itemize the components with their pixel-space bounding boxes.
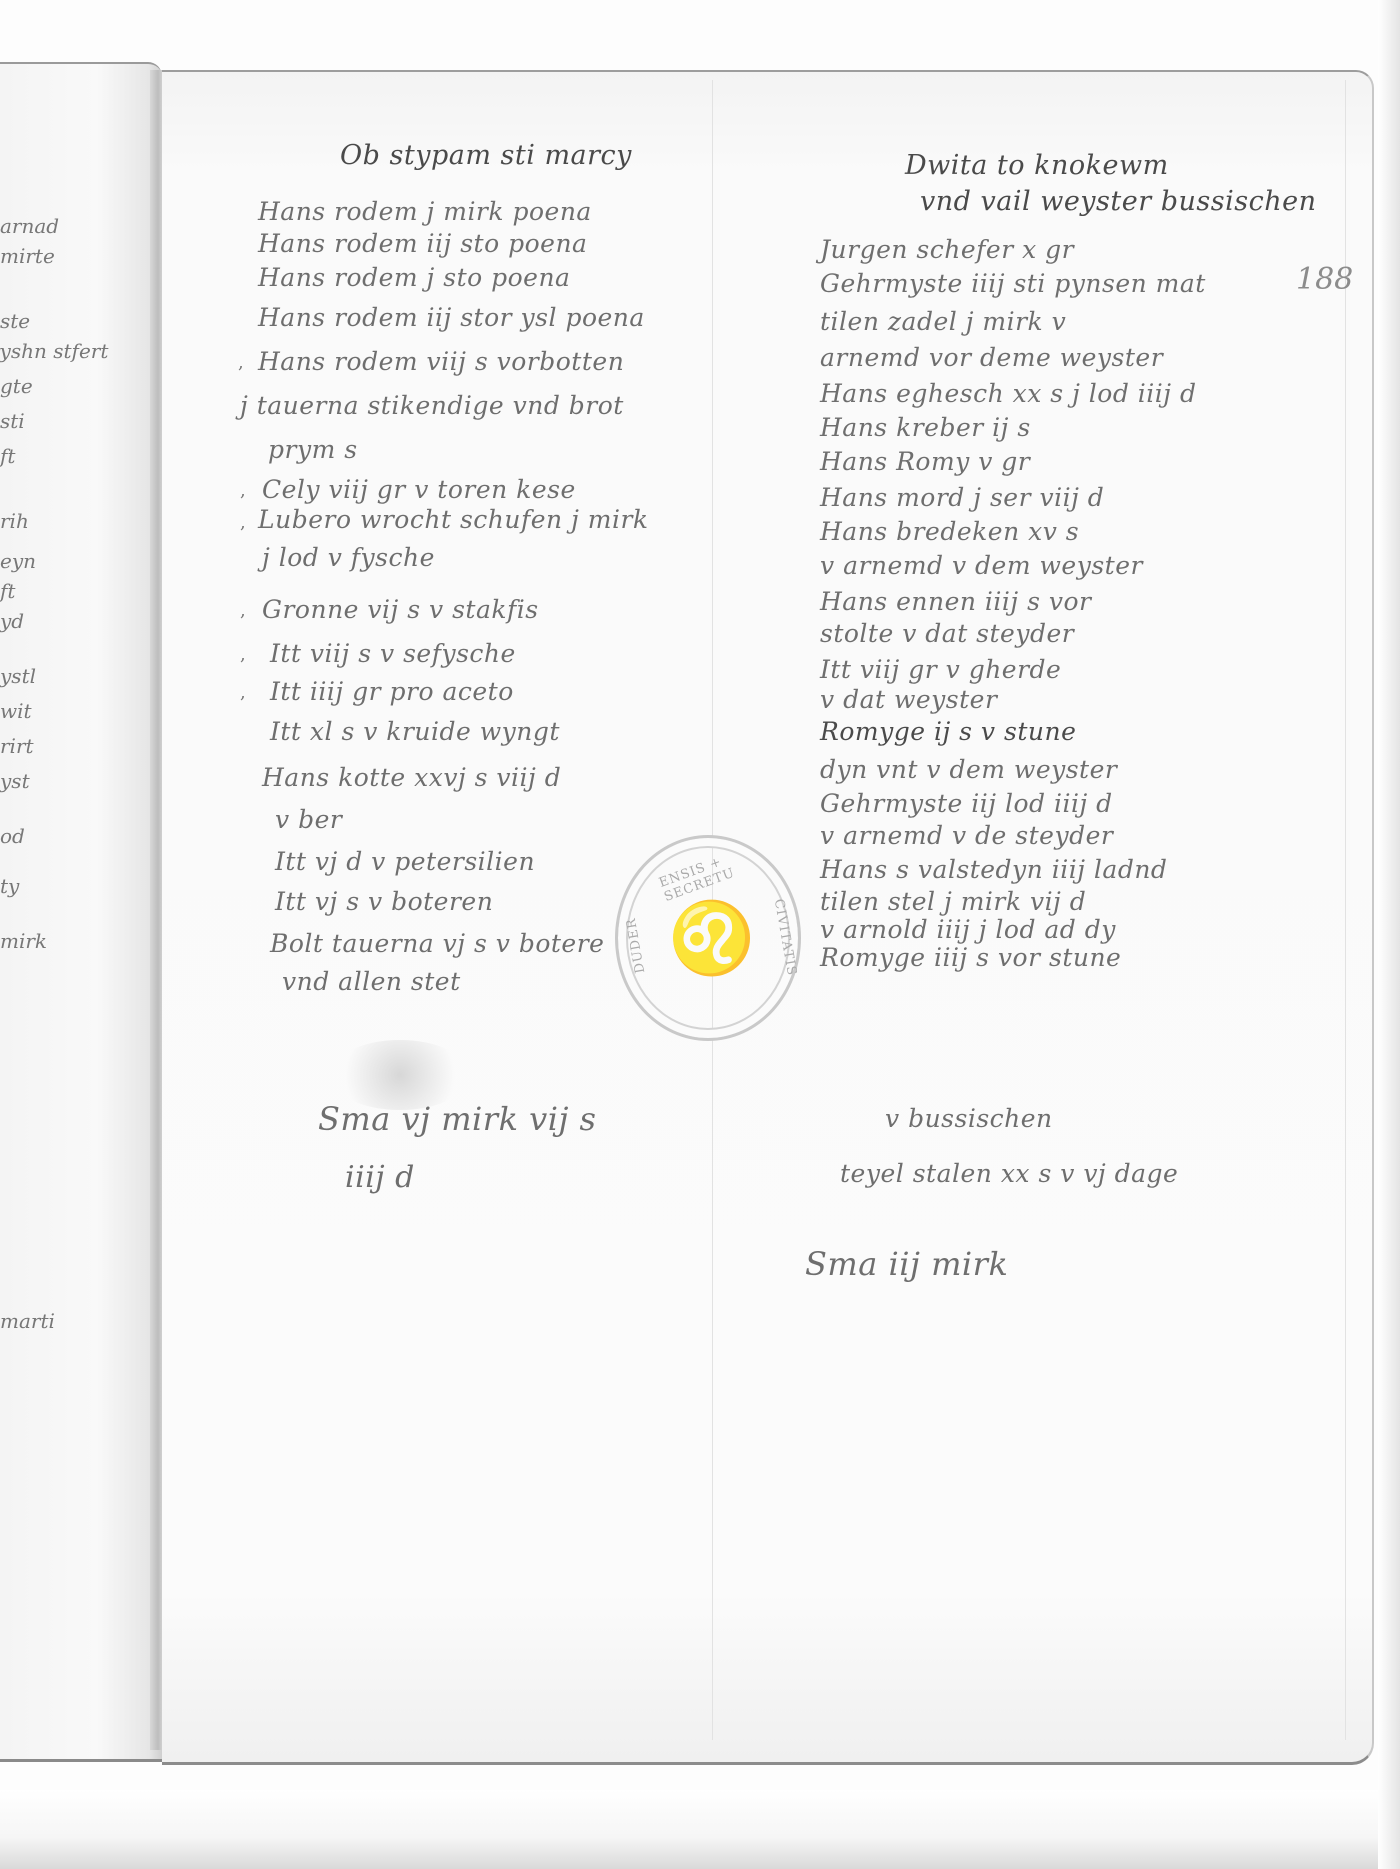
ledger-entry: Cely viij gr v toren kese: [262, 476, 576, 504]
ledger-entry: stolte v dat steyder: [820, 620, 1074, 648]
ledger-entry: Hans rodem j mirk poena: [258, 198, 592, 226]
left-fragment: marti: [0, 1309, 55, 1333]
left-fragment: mirte: [0, 244, 55, 268]
ledger-entry: v dat weyster: [820, 686, 997, 714]
left-fragment: rirt: [0, 734, 34, 758]
ledger-entry: v arnemd v de steyder: [820, 822, 1113, 850]
ledger-entry: dyn vnt v dem weyster: [820, 756, 1117, 784]
right-sub-heading: v bussischen: [885, 1105, 1053, 1133]
seal-inscription-right: CIVITATIS: [771, 898, 799, 977]
left-fragment: ft: [0, 579, 15, 603]
ledger-entry: Gronne vij s v stakfis: [262, 596, 539, 624]
left-column-sum: Sma vj mirk vij s: [318, 1100, 596, 1138]
left-fragment: yd: [0, 609, 24, 633]
left-fragment: mirk: [0, 929, 47, 953]
left-column-sum-cont: iiij d: [345, 1160, 415, 1195]
ledger-entry: v arnold iiij j lod ad dy: [820, 916, 1116, 944]
ledger-entry: j tauerna stikendige vnd brot: [240, 392, 624, 420]
column-ruling: [1345, 80, 1346, 1740]
ledger-entry: Hans kreber ij s: [820, 414, 1031, 442]
ledger-entry: Hans rodem iij stor ysl poena: [258, 304, 645, 332]
ledger-entry: Itt viij gr v gherde: [820, 656, 1061, 684]
left-fragment: yst: [0, 769, 30, 793]
right-column-sum: Sma iij mirk: [805, 1245, 1008, 1283]
ledger-entry: vnd allen stet: [282, 968, 461, 996]
right-column-heading: Dwita to knokewm: [905, 150, 1169, 181]
ledger-entry: arnemd vor deme weyster: [820, 344, 1163, 372]
ledger-entry: Romyge iiij s vor stune: [820, 944, 1121, 972]
ledger-entry: tilen stel j mirk vij d: [820, 888, 1086, 916]
ledger-entry: Romyge ij s v stune: [820, 718, 1076, 746]
left-fragment: od: [0, 824, 25, 848]
ledger-entry: Itt viij s v sefysche: [270, 640, 516, 668]
ledger-entry: j lod v fysche: [262, 544, 435, 572]
right-column-heading-cont: vnd vail weyster bussischen: [920, 186, 1316, 217]
left-fragment: ty: [0, 874, 19, 898]
ledger-entry: Hans eghesch xx s j lod iiij d: [820, 380, 1196, 408]
seal-inscription-left: DUDER: [624, 917, 649, 975]
left-fragment: wit: [0, 699, 32, 723]
ledger-entry: tilen zadel j mirk v: [820, 308, 1066, 336]
left-facing-page: arnad mirte ste ryshn stfert gte sti ft …: [0, 62, 162, 1762]
left-fragment: gte: [0, 374, 33, 398]
left-fragment: ryshn stfert: [0, 339, 108, 363]
ledger-entry: v arnemd v dem weyster: [820, 552, 1143, 580]
ledger-entry: Hans Romy v gr: [820, 448, 1030, 476]
left-fragment: rih: [0, 509, 29, 533]
margin-mark: ,: [240, 480, 246, 501]
ledger-entry: Hans rodem viij s vorbotten: [258, 348, 624, 376]
ledger-entry: Hans s valstedyn iiij ladnd: [820, 856, 1167, 884]
margin-mark: ,: [238, 352, 244, 373]
ledger-entry: Itt vj s v boteren: [275, 888, 493, 916]
left-fragment: ystl: [0, 664, 36, 688]
margin-mark: ,: [240, 682, 246, 703]
city-seal-stamp: ENSIS + SECRETU CIVITATIS DUDER ♌: [615, 835, 801, 1041]
ledger-entry: Bolt tauerna vj s v botere: [270, 930, 604, 958]
ledger-entry: Hans mord j ser viij d: [820, 484, 1104, 512]
ledger-entry: Itt iiij gr pro aceto: [270, 678, 514, 706]
ledger-entry: Hans rodem j sto poena: [258, 264, 570, 292]
left-fragment: arnad: [0, 214, 59, 238]
left-fragment: sti: [0, 409, 25, 433]
left-column-heading: Ob stypam sti marcy: [340, 140, 632, 171]
right-sub-entry: teyel stalen xx s v vj dage: [840, 1160, 1178, 1188]
lion-emblem-icon: ♌: [668, 893, 748, 983]
ledger-entry: Hans rodem iij sto poena: [258, 230, 587, 258]
ledger-entry: Hans bredeken xv s: [820, 518, 1079, 546]
folio-number: 188: [1296, 262, 1353, 297]
scan-right-edge: [1378, 0, 1400, 1869]
ledger-entry: Hans kotte xxvj s viij d: [262, 764, 561, 792]
margin-mark: ,: [240, 644, 246, 665]
ledger-entry: Lubero wrocht schufen j mirk: [258, 506, 649, 534]
ledger-entry: v ber: [275, 806, 342, 834]
ledger-entry: Jurgen schefer x gr: [820, 236, 1074, 264]
ledger-entry: Gehrmyste iiij sti pynsen mat: [820, 270, 1206, 298]
ledger-entry: Itt vj d v petersilien: [275, 848, 535, 876]
ledger-entry: Itt xl s v kruide wyngt: [270, 718, 560, 746]
left-fragment: ste: [0, 309, 30, 333]
lower-page-edge: [0, 1790, 1400, 1869]
left-fragment: eyn: [0, 549, 36, 573]
ledger-entry: Hans ennen iiij s vor: [820, 588, 1092, 616]
ledger-entry: prym s: [268, 436, 358, 464]
ledger-entry: Gehrmyste iij lod iiij d: [820, 790, 1113, 818]
margin-mark: ,: [240, 600, 246, 621]
margin-mark: ,: [240, 512, 246, 533]
left-fragment: ft: [0, 444, 15, 468]
